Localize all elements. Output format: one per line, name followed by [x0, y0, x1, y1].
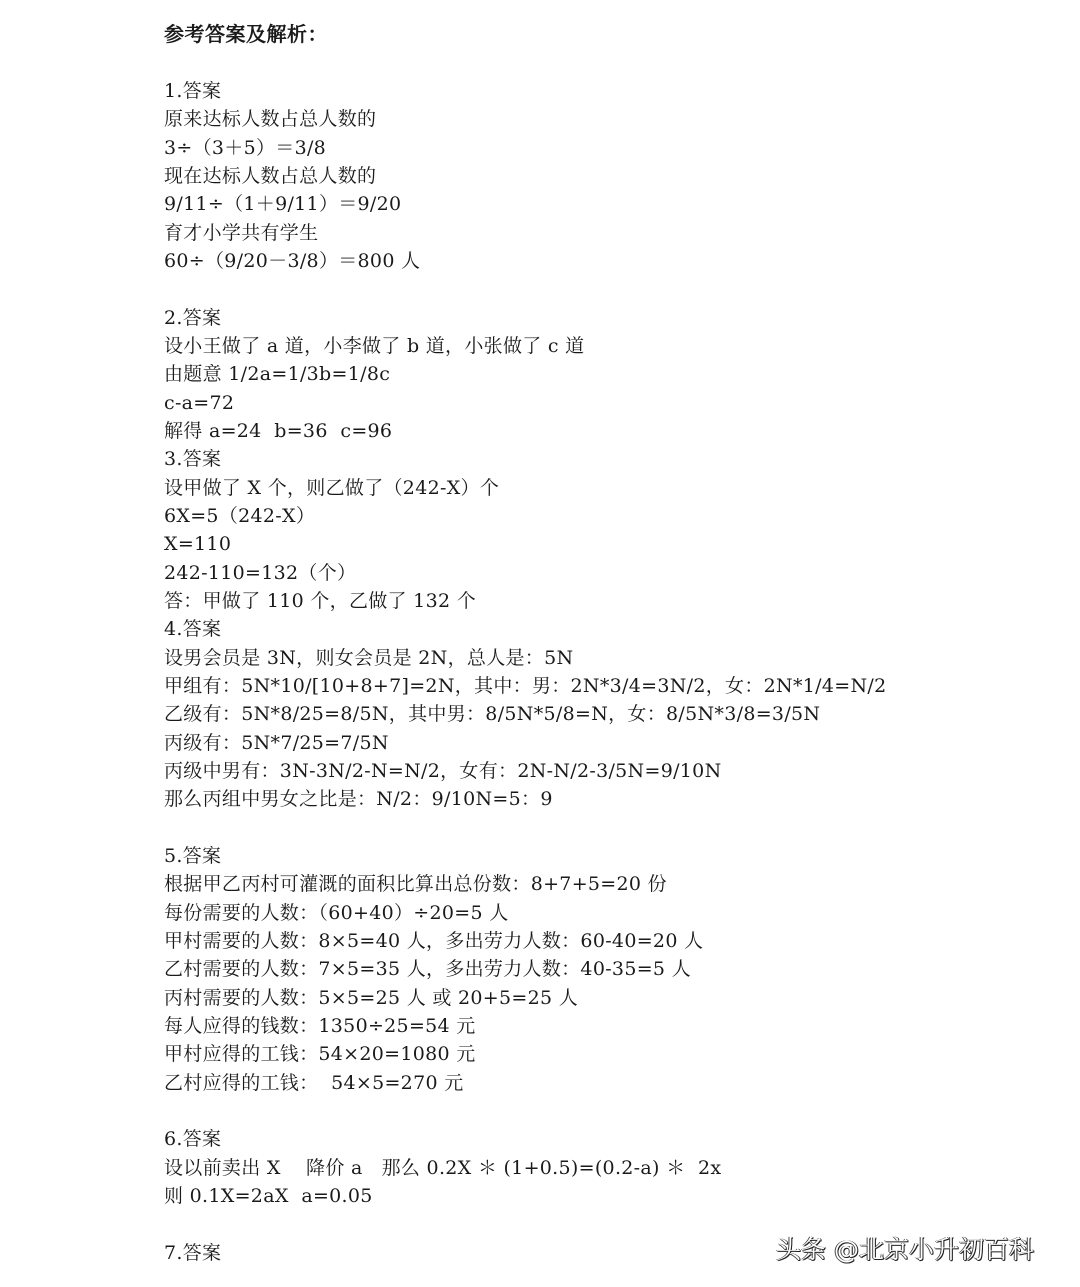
section-2-line: c-a=72: [164, 389, 234, 417]
section-4-line: 设男会员是 3N，则女会员是 2N，总人是：5N: [164, 644, 573, 672]
section-4-line: 那么丙组中男女之比是：N/2：9/10N=5：9: [164, 785, 553, 813]
section-1-heading: 1.答案: [164, 77, 221, 105]
document-title: 参考答案及解析：: [164, 20, 328, 48]
section-3-line: 6X=5（242-X）: [164, 502, 315, 530]
section-7-heading: 7.答案: [164, 1239, 221, 1267]
section-1-line: 现在达标人数占总人数的: [164, 162, 376, 190]
section-5-line: 乙村需要的人数：7×5=35 人，多出劳力人数：40-35=5 人: [164, 955, 691, 983]
section-5-heading: 5.答案: [164, 842, 221, 870]
section-1-line: 原来达标人数占总人数的: [164, 105, 376, 133]
section-2-line: 设小王做了 a 道，小李做了 b 道，小张做了 c 道: [164, 332, 584, 360]
section-3-line: 242-110=132（个）: [164, 559, 356, 587]
section-5-line: 乙村应得的工钱： 54×5=270 元: [164, 1069, 464, 1097]
section-5-line: 甲村应得的工钱：54×20=1080 元: [164, 1040, 476, 1068]
section-2-line: 由题意 1/2a=1/3b=1/8c: [164, 360, 390, 388]
section-5-line: 根据甲乙丙村可灌溉的面积比算出总份数：8+7+5=20 份: [164, 870, 667, 898]
section-5-line: 丙村需要的人数：5×5=25 人 或 20+5=25 人: [164, 984, 578, 1012]
section-1-line: 60÷（9/20－3/8）＝800 人: [164, 247, 420, 275]
section-1-line: 育才小学共有学生: [164, 219, 318, 247]
section-2-heading: 2.答案: [164, 304, 221, 332]
section-3-line: 答：甲做了 110 个，乙做了 132 个: [164, 587, 476, 615]
section-5-line: 每人应得的钱数：1350÷25=54 元: [164, 1012, 476, 1040]
section-6-line: 则 0.1X=2aX a=0.05: [164, 1182, 373, 1210]
source-watermark: 头条 @北京小升初百科: [776, 1233, 1034, 1267]
section-1-line: 9/11÷（1＋9/11）＝9/20: [164, 190, 401, 218]
section-4-line: 丙级有：5N*7/25=7/5N: [164, 729, 389, 757]
section-3-line: X=110: [164, 530, 231, 558]
section-4-line: 丙级中男有：3N-3N/2-N=N/2，女有：2N-N/2-3/5N=9/10N: [164, 757, 722, 785]
section-5-line: 甲村需要的人数：8×5=40 人，多出劳力人数：60-40=20 人: [164, 927, 703, 955]
section-1-line: 3÷（3＋5）＝3/8: [164, 134, 326, 162]
section-3-heading: 3.答案: [164, 445, 221, 473]
section-4-line: 甲组有：5N*10/[10+8+7]=2N，其中：男：2N*3/4=3N/2，女…: [164, 672, 886, 700]
section-6-heading: 6.答案: [164, 1125, 221, 1153]
section-3-line: 设甲做了 X 个，则乙做了（242-X）个: [164, 474, 499, 502]
section-6-line: 设以前卖出 X 降价 a 那么 0.2X ＊ (1+0.5)=(0.2-a) ＊…: [164, 1154, 721, 1182]
section-5-line: 每份需要的人数：（60+40）÷20=5 人: [164, 899, 509, 927]
section-4-line: 乙级有：5N*8/25=8/5N，其中男：8/5N*5/8=N，女：8/5N*3…: [164, 700, 820, 728]
section-4-heading: 4.答案: [164, 615, 221, 643]
section-2-line: 解得 a=24 b=36 c=96: [164, 417, 392, 445]
